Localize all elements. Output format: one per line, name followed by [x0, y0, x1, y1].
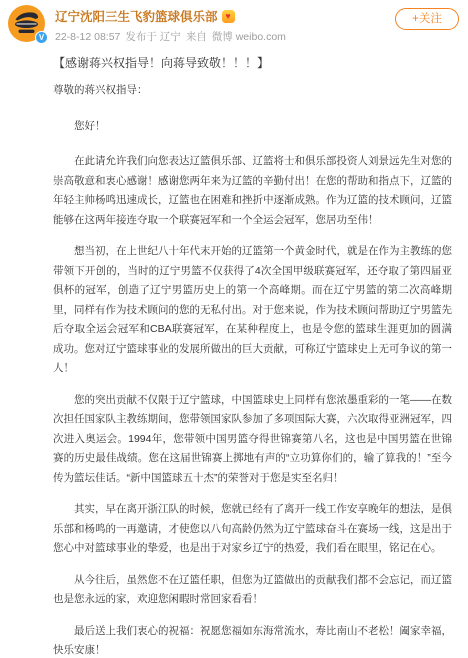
timestamp: 22-8-12 08:57: [55, 31, 120, 43]
weibo-post-page: V 辽宁沈阳三生飞豹篮球俱乐部 ♥ 22-8-12 08:57 发布于 辽宁 来…: [0, 0, 468, 658]
post-meta: 22-8-12 08:57 发布于 辽宁 来自 微博 weibo.com: [55, 29, 286, 44]
salutation-line: 尊敬的蒋兴权指导：: [53, 81, 452, 101]
follow-button[interactable]: +关注: [395, 8, 459, 30]
source-prefix: 来自: [186, 29, 207, 44]
post-header: V 辽宁沈阳三生飞豹篮球俱乐部 ♥ 22-8-12 08:57 发布于 辽宁 来…: [0, 0, 468, 48]
avatar[interactable]: V: [8, 5, 45, 42]
post-content: 【感谢蒋兴权指导！向蒋导致敬！！！】 尊敬的蒋兴权指导： 您好！ 在此请允许我们…: [0, 48, 468, 658]
letter-paragraph: 从今往后，虽然您不在辽篮任职，但您为辽篮做出的贡献我们都不会忘记，而辽篮也是您永…: [53, 571, 452, 610]
greeting-line: 您好！: [53, 117, 452, 137]
letter-paragraph: 其实，早在离开浙江队的时候，您就已经有了离开一线工作安享晚年的想法，是俱乐部和杨…: [53, 500, 452, 559]
verified-badge-icon: V: [35, 31, 48, 44]
username-row: 辽宁沈阳三生飞豹篮球俱乐部 ♥: [55, 7, 235, 25]
letter-paragraph: 想当初，在上世纪八十年代末开始的辽篮第一个黄金时代，就是在作为主教练的您带领下开…: [53, 242, 452, 379]
letter-paragraph: 在此请允许我们向您表达辽篮俱乐部、辽篮将士和俱乐部投资人刘景远先生对您的崇高敬意…: [53, 152, 452, 230]
post-title: 【感谢蒋兴权指导！向蒋导致敬！！！】: [53, 53, 452, 73]
source-link[interactable]: 微博 weibo.com: [212, 29, 286, 44]
letter-paragraph: 您的突出贡献不仅限于辽宁篮球，中国篮球史上同样有您浓墨重彩的一笔——在数次担任国…: [53, 391, 452, 489]
username[interactable]: 辽宁沈阳三生飞豹篮球俱乐部: [55, 7, 218, 25]
letter-paragraph: 最后送上我们衷心的祝福：祝愿您福如东海常流水，寿比南山不老松！阖家幸福，快乐安康…: [53, 622, 452, 658]
vip-member-badge-icon: ♥: [222, 10, 235, 23]
publish-location: 发布于 辽宁: [125, 29, 180, 44]
